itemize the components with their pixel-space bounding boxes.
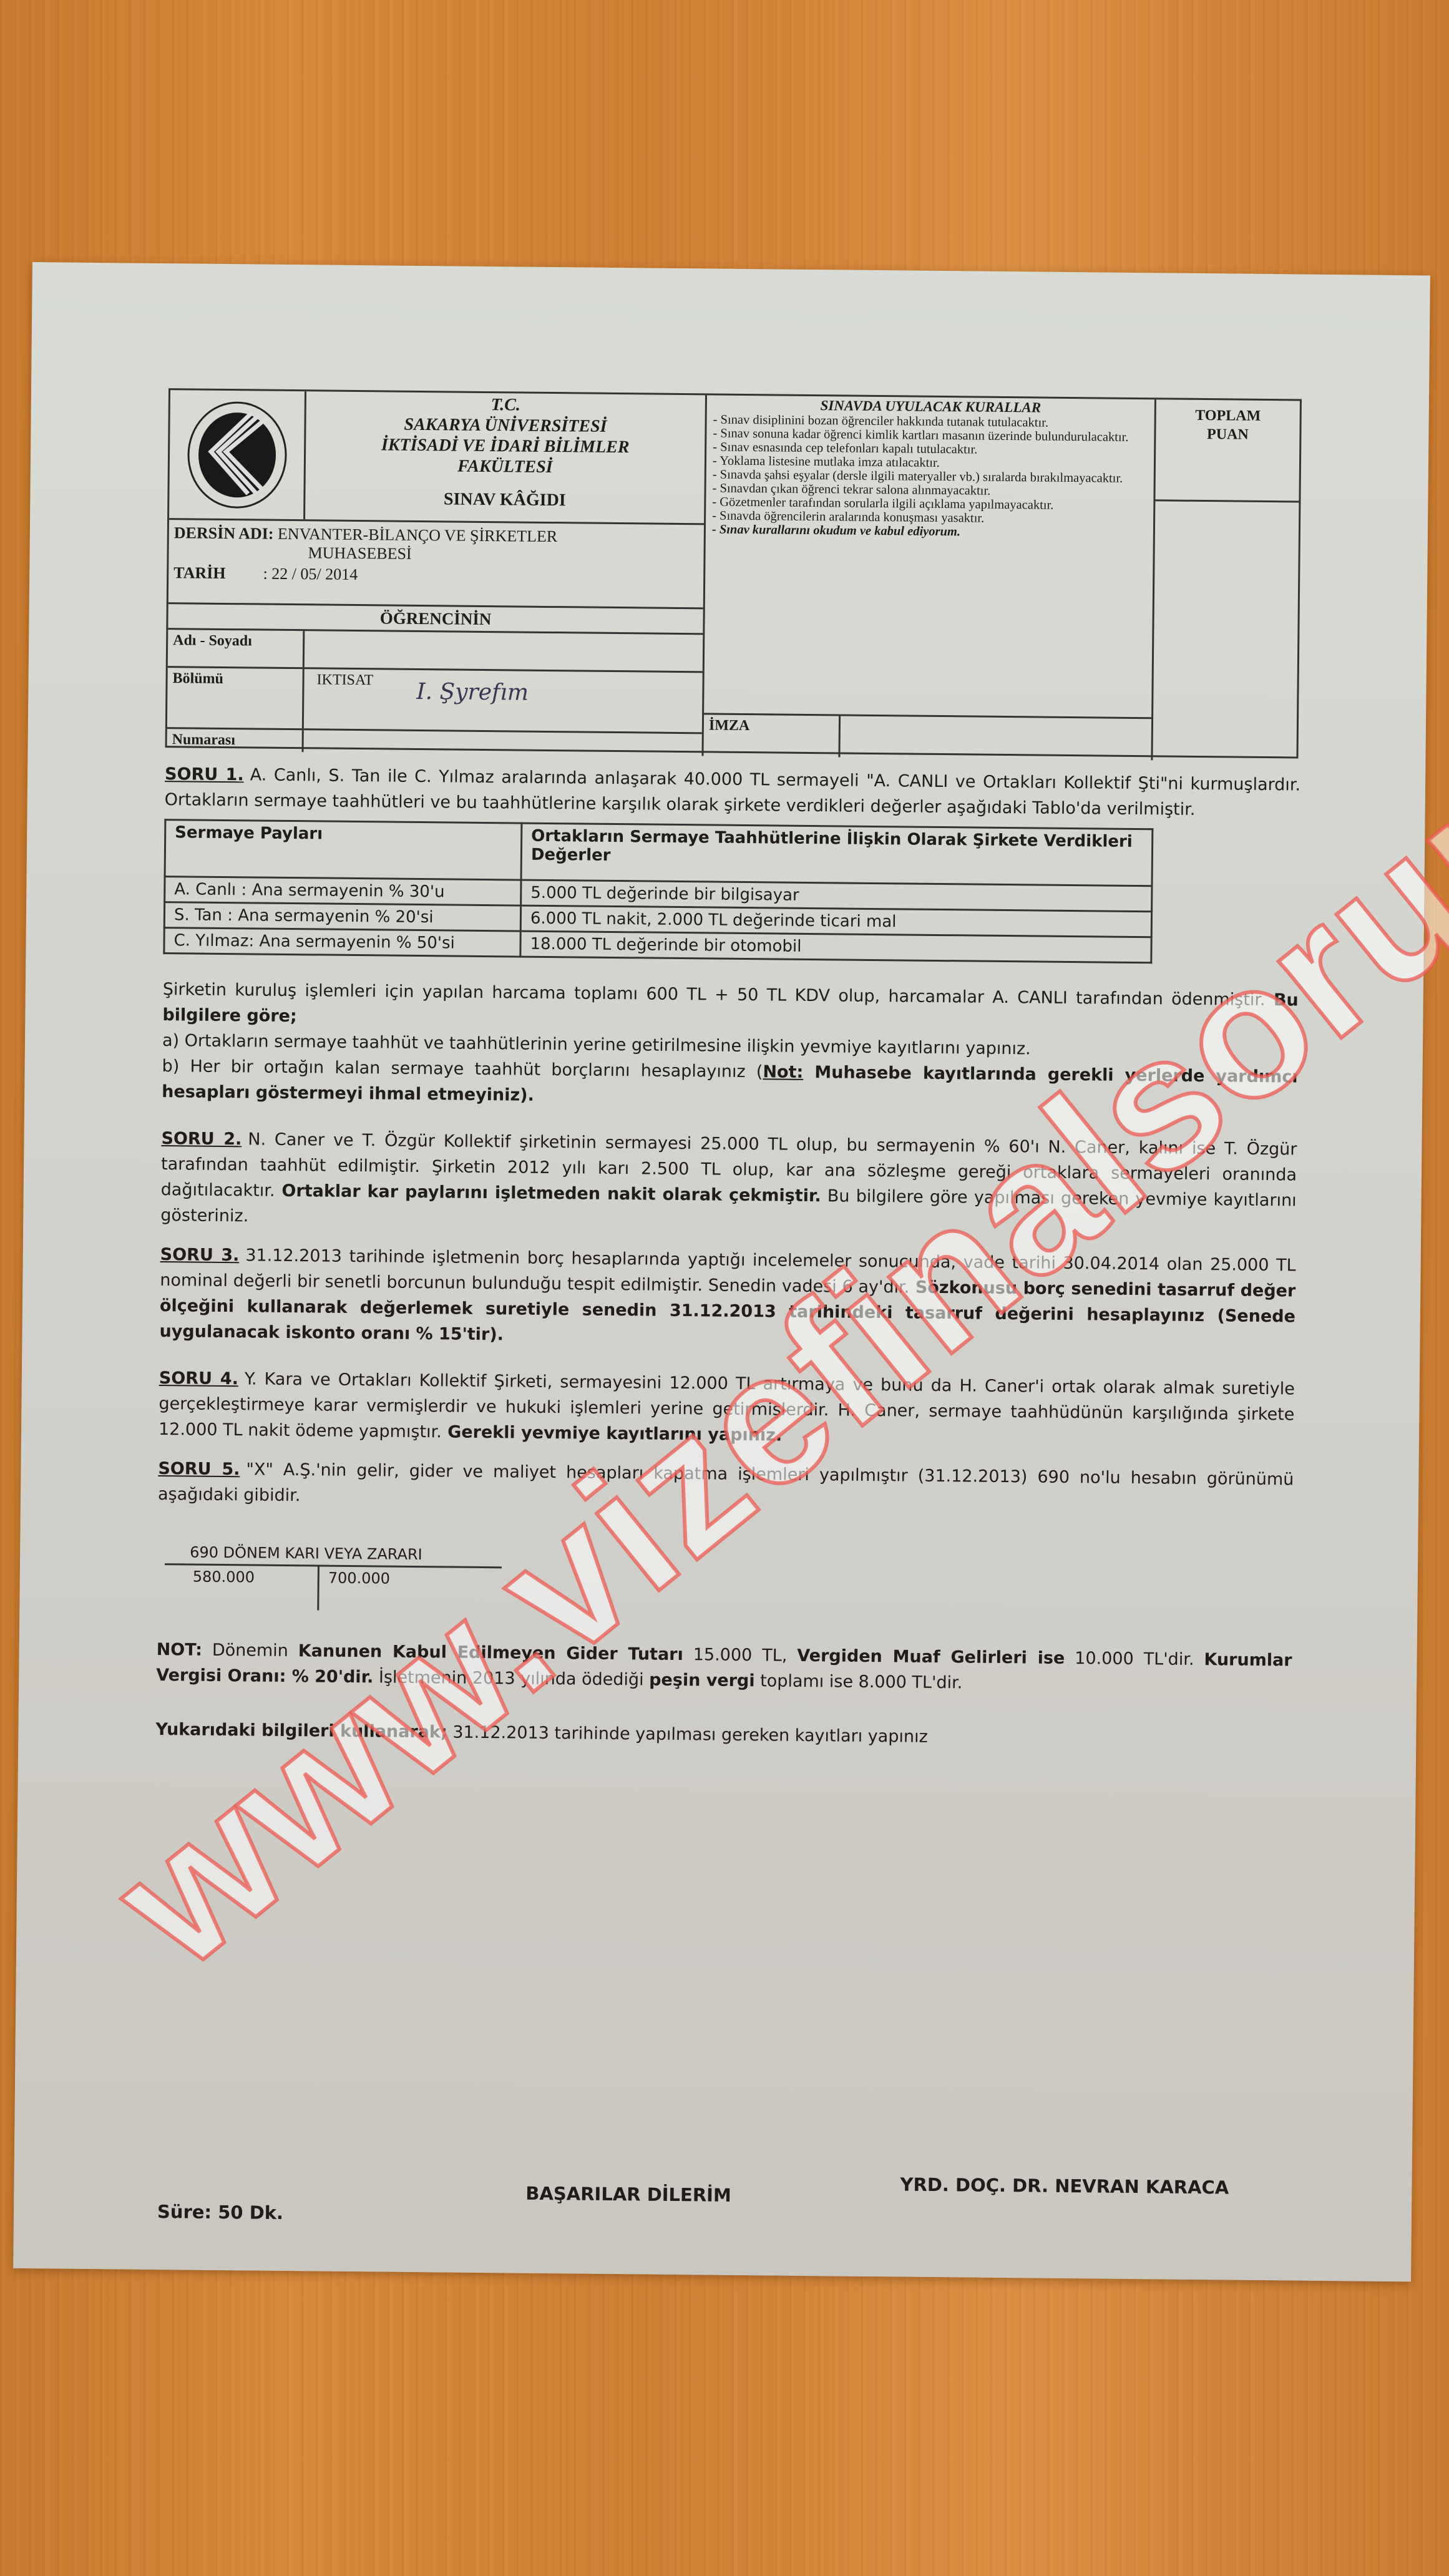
instructor-name: YRD. DOÇ. DR. NEVRAN KARACA xyxy=(900,2173,1229,2198)
exam-header-table: T.C. SAKARYA ÜNİVERSİTESİ İKTİSADİ VE İD… xyxy=(165,388,1302,758)
exam-footer: Süre: 50 Dk. BAŞARILAR DİLERİM YRD. DOÇ.… xyxy=(152,2167,1287,2177)
note-label: Not: xyxy=(763,1062,803,1082)
note-text: toplamı ise 8.000 TL'dir. xyxy=(754,1671,962,1692)
exam-paper-title: SINAV KÂĞIDI xyxy=(305,487,704,512)
signature-label: İMZA xyxy=(703,715,841,757)
t-account-title: 690 DÖNEM KARI VEYA ZARARI xyxy=(165,1543,502,1564)
question-1: SORU 1.A. Canlı, S. Tan ile C. Yılmaz ar… xyxy=(165,761,1301,823)
t-account-690: 690 DÖNEM KARI VEYA ZARARI 580.000 700.0… xyxy=(164,1543,502,1615)
university-title: T.C. SAKARYA ÜNİVERSİTESİ İKTİSADİ VE İD… xyxy=(305,391,705,523)
note-text: İşletmenin 2013 yılında ödediği xyxy=(373,1667,649,1689)
university-logo xyxy=(169,390,306,519)
question-number: SORU 1. xyxy=(165,764,244,784)
department-row: Bölümü IKTISAT I. Şyrefım xyxy=(167,668,703,734)
department-label: Bölümü xyxy=(167,668,305,728)
question-number: SORU 3. xyxy=(160,1245,240,1265)
note-text-bold: Vergiden Muaf Gelirleri ise xyxy=(797,1646,1065,1668)
note-text-bold: Kanunen Kabul Edilmeyen Gider Tutarı xyxy=(298,1641,683,1664)
table-header: Sermaye Payları xyxy=(165,820,522,880)
student-name-label: Adı - Soyadı xyxy=(168,630,305,667)
course-name: ENVANTER-BİLANÇO VE ŞİRKETLER xyxy=(278,525,558,545)
table-cell: S. Tan : Ana sermayenin % 20'si xyxy=(164,902,520,931)
sub-question-b-text: b) Her bir ortağın kalan sermaye taahhüt… xyxy=(162,1056,763,1081)
exam-date: : 22 / 05/ 2014 xyxy=(263,565,358,584)
total-score-label: TOPLAM PUAN xyxy=(1155,399,1300,502)
note-label: NOT: xyxy=(157,1640,203,1660)
capital-shares-table: Sermaye Payları Ortakların Sermaye Taahh… xyxy=(163,819,1153,964)
table-header: Ortakların Sermaye Taahhütlerine İlişkin… xyxy=(521,823,1153,886)
student-number-row: Numarası xyxy=(167,729,701,756)
exam-rules: SINAVDA UYULACAK KURALLAR - Sınav disipl… xyxy=(704,395,1154,717)
instruction-text: 31.12.2013 tarihinde yapılması gereken k… xyxy=(447,1722,928,1746)
student-name-field[interactable] xyxy=(305,631,703,671)
question-5: SORU 5."X" A.Ş.'nin gelir, gider ve mali… xyxy=(158,1456,1294,1518)
exam-rules-column: SINAVDA UYULACAK KURALLAR - Sınav disipl… xyxy=(703,395,1156,760)
course-info: DERSİN ADI: ENVANTER-BİLANÇO VE ŞİRKETLE… xyxy=(168,520,704,609)
t-account-credit: 700.000 xyxy=(319,1567,390,1611)
question-1-details: Şirketin kuruluş işlemleri için yapılan … xyxy=(162,977,1299,1115)
total-score-label-line1: TOPLAM xyxy=(1156,406,1300,426)
question-text-bold: Ortaklar kar paylarını işletmeden nakit … xyxy=(275,1181,821,1206)
question-4: SORU 4.Y. Kara ve Ortakları Kollektif Şi… xyxy=(159,1365,1295,1453)
question-text: A. Canlı, S. Tan ile C. Yılmaz aralarınd… xyxy=(165,765,1301,819)
sakarya-university-logo-icon xyxy=(183,398,291,512)
note-text-bold: peşin vergi xyxy=(649,1671,755,1691)
instruction-bold: Yukarıdaki bilgileri kullanarak; xyxy=(155,1720,447,1742)
question-number: SORU 5. xyxy=(158,1459,240,1479)
question-5-instruction: Yukarıdaki bilgileri kullanarak; 31.12.2… xyxy=(155,1717,1291,1753)
student-number-field[interactable] xyxy=(303,730,701,756)
student-number-label: Numarası xyxy=(167,729,303,752)
question-number: SORU 4. xyxy=(159,1368,238,1388)
exam-content: T.C. SAKARYA ÜNİVERSİTESİ İKTİSADİ VE İD… xyxy=(155,388,1304,1753)
exam-duration: Süre: 50 Dk. xyxy=(157,2201,283,2223)
signature-row: İMZA xyxy=(703,713,1151,760)
course-name-continued: MUHASEBESİ xyxy=(173,542,698,566)
question-number: SORU 2. xyxy=(161,1129,241,1149)
table-header-row: Sermaye Payları Ortakların Sermaye Taahh… xyxy=(165,820,1153,886)
good-luck-message: BAŞARILAR DİLERİM xyxy=(525,2183,731,2206)
exam-paper-sheet: T.C. SAKARYA ÜNİVERSİTESİ İKTİSADİ VE İD… xyxy=(13,262,1430,2281)
question-text-bold: Gerekli yevmiye kayıtlarını yapınız. xyxy=(442,1422,783,1445)
student-name-row: Adı - Soyadı xyxy=(168,630,703,673)
header-left-column: T.C. SAKARYA ÜNİVERSİTESİ İKTİSADİ VE İD… xyxy=(167,390,707,756)
sub-question-a: a) Ortakların sermaye taahhüt ve taahhüt… xyxy=(162,1031,1031,1058)
total-score-field[interactable] xyxy=(1153,501,1299,761)
question-3: SORU 3.31.12.2013 tarihinde işletmenin b… xyxy=(159,1242,1295,1355)
question-5-note: NOT: Dönemin Kanunen Kabul Edilmeyen Gid… xyxy=(156,1637,1292,1699)
department-field[interactable]: IKTISAT I. Şyrefım xyxy=(304,669,703,732)
course-label: DERSİN ADI: xyxy=(174,524,274,543)
question-text: Şirketin kuruluş işlemleri için yapılan … xyxy=(163,980,1266,1010)
faculty-name-line2: FAKÜLTESİ xyxy=(306,454,705,479)
note-text: 10.000 TL'dir. xyxy=(1065,1649,1204,1669)
t-account-debit: 580.000 xyxy=(164,1565,320,1610)
note-text: Dönemin xyxy=(202,1641,298,1661)
sub-question-b: b) Her bir ortağın kalan sermaye taahhüt… xyxy=(162,1056,1298,1105)
note-text: 15.000 TL, xyxy=(683,1645,798,1666)
handwritten-name: I. Şyrefım xyxy=(416,679,529,706)
department-value: IKTISAT xyxy=(316,671,373,688)
table-cell: 18.000 TL değerinde bir otomobil xyxy=(520,931,1151,963)
total-score-label-line2: PUAN xyxy=(1156,424,1299,444)
table-cell: C. Yılmaz: Ana sermayenin % 50'si xyxy=(164,928,520,957)
question-text: "X" A.Ş.'nin gelir, gider ve maliyet hes… xyxy=(158,1460,1294,1505)
question-2: SORU 2.N. Caner ve T. Özgür Kollektif şi… xyxy=(160,1126,1297,1239)
signature-field[interactable] xyxy=(840,716,1151,760)
total-score-column: TOPLAM PUAN xyxy=(1153,399,1300,761)
date-label: TARİH xyxy=(173,563,226,583)
table-cell: A. Canlı : Ana sermayenin % 30'u xyxy=(165,877,521,905)
